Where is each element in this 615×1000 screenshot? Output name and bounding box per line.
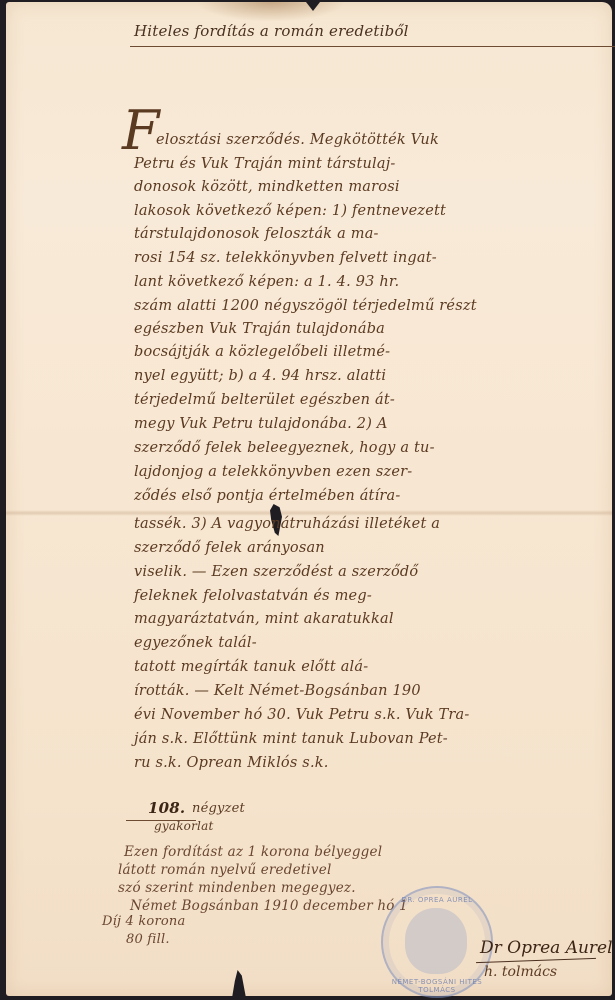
body-line: viselik. — Ezen szerződést a szerződő [134, 562, 418, 582]
body-line: évi November hó 30. Vuk Petru s.k. Vuk T… [134, 705, 469, 725]
body-line: szerződő felek beleegyeznek, hogy a tu- [134, 438, 435, 458]
signature-name: Dr Oprea Aurel [480, 938, 613, 958]
body-line: Petru és Vuk Traján mint társtulaj- [134, 154, 396, 174]
coat-of-arms-icon [405, 908, 467, 974]
fee-label: négyzet [192, 801, 245, 816]
certification-line: Német Bogsánban 1910 december hó 1 [130, 896, 408, 916]
body-line: szám alatti 1200 négyszögöl térjedelmű r… [134, 296, 477, 316]
body-line: tassék. 3) A vagyonátruházási illetéket … [134, 514, 440, 534]
body-line: ződés első pontja értelmében átíra- [134, 486, 401, 506]
certification-line: látott román nyelvű eredetivel [118, 860, 331, 880]
stamp-top-text: DR. OPREA AUREL [383, 896, 491, 904]
body-line: szerződő felek arányosan [134, 538, 325, 558]
body-line: bocsájtják a közlegelőbeli illetmé- [134, 342, 390, 362]
signature-title: h. tolmács [484, 964, 557, 980]
fee-number: 108. [148, 799, 185, 817]
paper-stain [196, 2, 346, 22]
body-line: írották. — Kelt Német-Bogsánban 190 [134, 681, 421, 701]
certification-line: Ezen fordítást az 1 korona bélyeggel [124, 842, 382, 862]
body-line: egészben Vuk Traján tulajdonába [134, 319, 385, 339]
body-line: egyezőnek talál- [134, 633, 257, 653]
stamp-bottom-text: NÉMET-BOGSÁNI HITES TOLMÁCS [383, 978, 491, 994]
fee-note: 80 fill. [126, 932, 170, 947]
drop-cap: F [122, 104, 159, 158]
paper-tear-bottom [232, 970, 246, 998]
body-line: társtulajdonosok feloszták a ma- [134, 224, 379, 244]
body-line: rosi 154 sz. telekkönyvben felvett ingat… [134, 248, 437, 268]
official-stamp: DR. OPREA AUREL NÉMET-BOGSÁNI HITES TOLM… [381, 886, 493, 998]
document-page: Hiteles fordítás a román eredetiből F el… [6, 2, 612, 996]
signature-flourish [476, 958, 596, 963]
fee-note: Díj 4 korona [102, 914, 185, 929]
body-line: ru s.k. Oprean Miklós s.k. [134, 753, 329, 773]
fee-sub: gyakorlat [154, 819, 213, 833]
body-line: lajdonjog a telekkönyvben ezen szer- [134, 462, 412, 482]
body-line: nyel együtt; b) a 4. 94 hrsz. alatti [134, 366, 386, 386]
body-line: megy Vuk Petru tulajdonába. 2) A [134, 414, 388, 434]
body-line: donosok között, mindketten marosi [134, 177, 400, 197]
body-line: tatott megírták tanuk előtt alá- [134, 657, 368, 677]
body-line: magyaráztatván, mint akaratukkal [134, 609, 394, 629]
certification-line: szó szerint mindenben megegyez. [118, 878, 356, 898]
body-line: lakosok következő képen: 1) fentnevezett [134, 201, 446, 221]
document-heading: Hiteles fordítás a román eredetiből [134, 22, 409, 40]
heading-underline [130, 46, 615, 47]
body-line: ján s.k. Előttünk mint tanuk Lubovan Pet… [134, 729, 448, 749]
body-line: lant következő képen: a 1. 4. 93 hr. [134, 272, 399, 292]
body-line: feleknek felolvastatván és meg- [134, 586, 372, 606]
body-line: térjedelmű belterület egészben át- [134, 390, 395, 410]
body-line: elosztási szerződés. Megkötötték Vuk [156, 130, 439, 150]
